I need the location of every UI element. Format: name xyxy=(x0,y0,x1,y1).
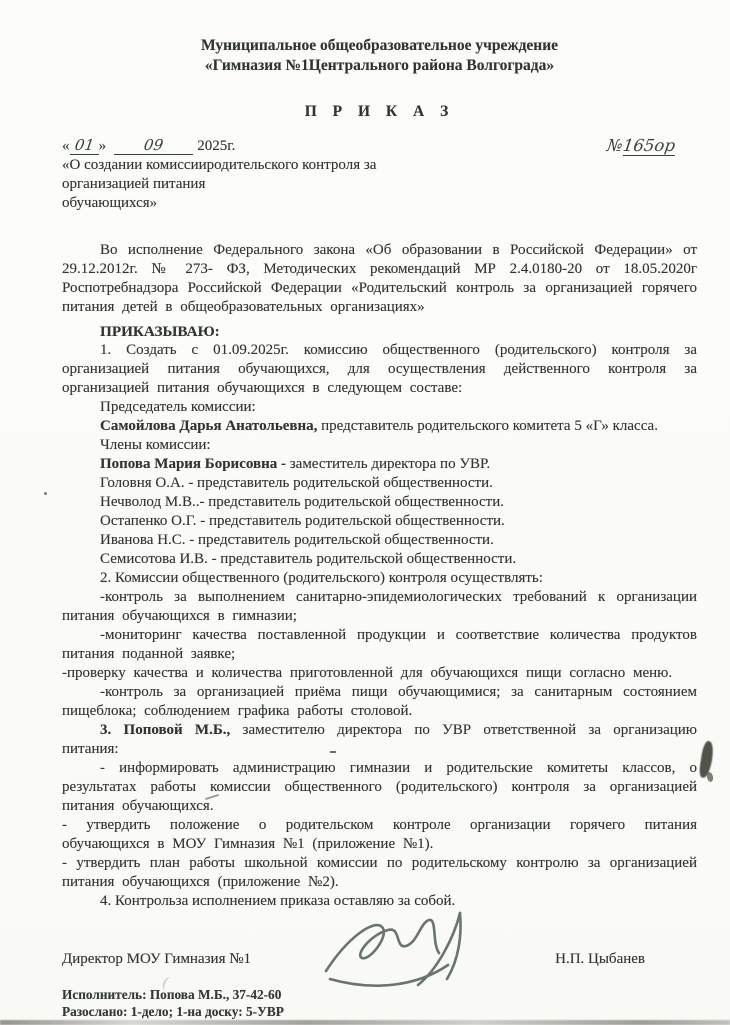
item3-heading: 3. Поповой М.Б., заместителю директора п… xyxy=(62,721,697,759)
member3-line: Нечволод М.В..- представитель родительск… xyxy=(62,493,697,512)
order-subject: «О создании комиссииродительского контро… xyxy=(62,156,697,213)
date-group: «01»092025г. xyxy=(62,135,235,156)
chair-role: представитель родительского комитета 5 «… xyxy=(317,418,658,434)
item2-sub3: -проверку качества и количества приготов… xyxy=(62,664,697,683)
open-quote: « xyxy=(62,138,70,154)
chair-label: Председатель комиссии: xyxy=(62,398,697,417)
item2-sub4: -контроль за организацией приёма пищи об… xyxy=(62,683,697,721)
day-underline: 01 xyxy=(70,138,99,155)
month-underline: 09 xyxy=(114,138,193,155)
member1-line: Попова Мария Борисовна - заместитель дир… xyxy=(62,455,697,474)
signature-row: Директор МОУ Гимназия №1 Н.П. Цыбанев xyxy=(62,951,697,968)
handwritten-order-number: 165ор xyxy=(622,136,677,156)
member1-role: заместитель директора по УВР. xyxy=(286,456,490,472)
item3-sub3: - утвердить план работы школьной комисси… xyxy=(62,854,697,892)
director-signature-icon xyxy=(320,907,498,995)
org-name-line1: Муниципальное общеобразовательное учрежд… xyxy=(62,36,697,56)
member5-line: Иванова Н.С. - представитель родительско… xyxy=(62,531,697,550)
item3-sub2: - утвердить положение о родительском кон… xyxy=(62,816,697,854)
subject-line1: «О создании комиссииродительского контро… xyxy=(62,156,697,175)
scan-artifact-bottom-edge xyxy=(0,1020,730,1025)
preamble-paragraph: Во исполнение Федерального закона «Об об… xyxy=(62,241,697,317)
year-label: 2025г. xyxy=(197,138,235,154)
item2-sub1: -контроль за выполнением санитарно-эпиде… xyxy=(62,588,697,626)
org-name-line2: «Гимназия №1Центрального района Волгогра… xyxy=(62,56,697,76)
order-heading: ПРИКАЗЫВАЮ: xyxy=(62,322,697,341)
item2-sub2: -мониторинг качества поставленной продук… xyxy=(62,626,697,664)
item3-name: 3. Поповой М.Б., xyxy=(100,722,230,738)
scan-artifact-right-blob xyxy=(698,740,715,778)
scan-artifact-stray-dot xyxy=(44,492,47,495)
member4-line: Остапенко О.Г. - представитель родительс… xyxy=(62,512,697,531)
signer-name: Н.П. Цыбанев xyxy=(555,951,645,968)
document-content: Муниципальное общеобразовательное учрежд… xyxy=(62,36,697,1020)
chair-name: Самойлова Дарья Анатольевна, xyxy=(100,418,317,434)
item2-heading: 2. Комиссии общественного (родительского… xyxy=(62,569,697,588)
chair-line: Самойлова Дарья Анатольевна, представите… xyxy=(62,417,697,436)
scanned-order-page: Муниципальное общеобразовательное учрежд… xyxy=(0,0,730,1025)
item1-paragraph: 1. Создать с 01.09.2025г. комиссию общес… xyxy=(62,341,697,398)
subject-line3: обучающихся» xyxy=(62,194,697,213)
date-and-number-row: «01»092025г. №165ор xyxy=(62,135,697,156)
members-label: Члены комиссии: xyxy=(62,436,697,455)
member2-line: Головня О.А. - представитель родительско… xyxy=(62,474,697,493)
member1-name: Попова Мария Борисовна - xyxy=(100,456,286,472)
close-quote: » xyxy=(99,138,107,154)
subject-line2: организацией питания xyxy=(62,175,697,194)
scan-artifact-right-blob-small xyxy=(706,771,714,782)
number-underline: 165ор xyxy=(623,136,675,156)
item3-sub1: - информировать администрацию гимназии и… xyxy=(62,759,697,816)
member6-line: Семисотова И.В. - представитель родитель… xyxy=(62,550,697,569)
director-position-label: Директор МОУ Гимназия №1 xyxy=(62,951,251,968)
document-title: П Р И К А З xyxy=(62,102,697,121)
handwritten-month: 09 xyxy=(143,135,165,155)
handwritten-day: 01 xyxy=(73,135,95,155)
order-number-group: №165ор xyxy=(607,136,675,156)
distribution-line: Разослано: 1-дело; 1-на доску: 5-УВР xyxy=(62,1003,697,1020)
